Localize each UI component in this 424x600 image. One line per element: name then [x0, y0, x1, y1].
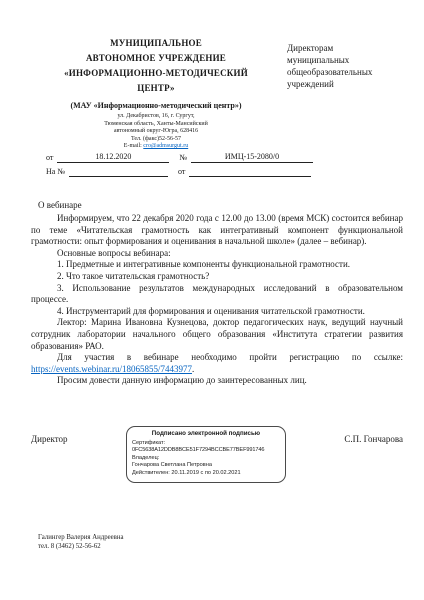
signature-row: Директор Подписано электронной подписью …	[31, 426, 403, 483]
contact-phone: тел. 8 (3462) 52-56-62	[38, 542, 124, 551]
footer-contact-block: Галингер Валерия Андреевна тел. 8 (3462)…	[38, 533, 124, 551]
ref-date-value: 18.12.2020	[57, 152, 169, 163]
org-phone: Тел. (факс)52-56-57	[30, 136, 282, 144]
org-email-link[interactable]: cro@admsurgut.ru	[143, 143, 188, 149]
org-name: МУНИЦИПАЛЬНОЕ АВТОНОМНОЕ УЧРЕЖДЕНИЕ «ИНФ…	[30, 36, 282, 96]
ref-number-label: №	[179, 153, 191, 163]
email-label: E-mail:	[124, 143, 144, 149]
electronic-signature-stamp: Подписано электронной подписью Сертифика…	[126, 426, 286, 483]
org-header: МУНИЦИПАЛЬНОЕ АВТОНОМНОЕ УЧРЕЖДЕНИЕ «ИНФ…	[30, 36, 282, 151]
subject-line: О вебинаре	[38, 200, 82, 210]
ref-reply-from-label: от	[178, 167, 189, 177]
letter-page: МУНИЦИПАЛЬНОЕ АВТОНОМНОЕ УЧРЕЖДЕНИЕ «ИНФ…	[0, 0, 424, 600]
body-paragraph-closing: Просим довести данную информацию до заин…	[31, 375, 403, 387]
org-name-line: «ИНФОРМАЦИОННО-МЕТОДИЧЕСКИЙ	[30, 66, 282, 81]
stamp-cert-label: Сертификат:	[132, 440, 280, 448]
recipient-line: учреждений	[287, 78, 412, 90]
contact-person: Галингер Валерия Андреевна	[38, 533, 124, 542]
registration-link[interactable]: https://events.webinar.ru/18065855/74439…	[31, 364, 192, 374]
body-list-item: 2. Что такое читательская грамотность?	[31, 271, 403, 283]
signer-name: С.П. Гончарова	[344, 426, 403, 444]
org-name-line: МУНИЦИПАЛЬНОЕ	[30, 36, 282, 51]
org-address-line: Тюменская область, Ханты-Мансийский	[30, 121, 282, 129]
registration-suffix: .	[192, 364, 194, 374]
org-name-line: ЦЕНТР»	[30, 81, 282, 96]
org-address-line: автономный округ-Югра, 628416	[30, 128, 282, 136]
stamp-cert-value: 0FC5638A12DDB8BCE51F7294BCCBE77BEF991746	[132, 447, 280, 455]
org-address: ул. Декабристов, 16, г. Сургут, Тюменска…	[30, 113, 282, 151]
letter-body: Информируем, что 22 декабря 2020 года с …	[31, 213, 403, 387]
ref-from-label: от	[46, 153, 57, 163]
org-short-name: (МАУ «Информационно-методический центр»)	[30, 100, 282, 111]
reference-block: от 18.12.2020 № ИМЦ-15-2080/0 На № от	[46, 152, 356, 181]
body-paragraph-lecturer: Лектор: Марина Ивановна Кузнецова, докто…	[31, 317, 403, 352]
org-email-line: E-mail: cro@admsurgut.ru	[30, 143, 282, 151]
ref-reply-number-value	[69, 175, 168, 177]
signer-position: Директор	[31, 426, 68, 444]
org-address-line: ул. Декабристов, 16, г. Сургут,	[30, 113, 282, 121]
ref-row-reply: На № от	[46, 167, 356, 177]
ref-reply-date-value	[189, 175, 311, 177]
recipient-line: общеобразовательных	[287, 66, 412, 78]
body-list-item: 3. Использование результатов международн…	[31, 283, 403, 306]
body-list-item: 4. Инструментарий для формирования и оце…	[31, 306, 403, 318]
recipient-line: Директорам	[287, 42, 412, 54]
body-paragraph-registration: Для участия в вебинаре необходимо пройти…	[31, 352, 403, 375]
ref-reply-label: На №	[46, 167, 69, 177]
ref-number-value: ИМЦ-15-2080/0	[191, 152, 313, 163]
body-list-item: 1. Предметные и интегративные компоненты…	[31, 259, 403, 271]
stamp-owner-label: Владелец:	[132, 455, 280, 463]
recipient-line: муниципальных	[287, 54, 412, 66]
ref-row-outgoing: от 18.12.2020 № ИМЦ-15-2080/0	[46, 152, 356, 163]
recipient-block: Директорам муниципальных общеобразовател…	[287, 42, 412, 90]
org-name-line: АВТОНОМНОЕ УЧРЕЖДЕНИЕ	[30, 51, 282, 66]
stamp-validity: Действителен: 20.11.2019 с по 20.02.2021	[132, 470, 280, 478]
stamp-owner-value: Гончарова Светлана Петровна	[132, 462, 280, 470]
registration-text: Для участия в вебинаре необходимо пройти…	[57, 352, 403, 362]
body-paragraph-intro: Информируем, что 22 декабря 2020 года с …	[31, 213, 403, 248]
body-paragraph-questions-heading: Основные вопросы вебинара:	[31, 248, 403, 260]
stamp-title: Подписано электронной подписью	[132, 430, 280, 438]
